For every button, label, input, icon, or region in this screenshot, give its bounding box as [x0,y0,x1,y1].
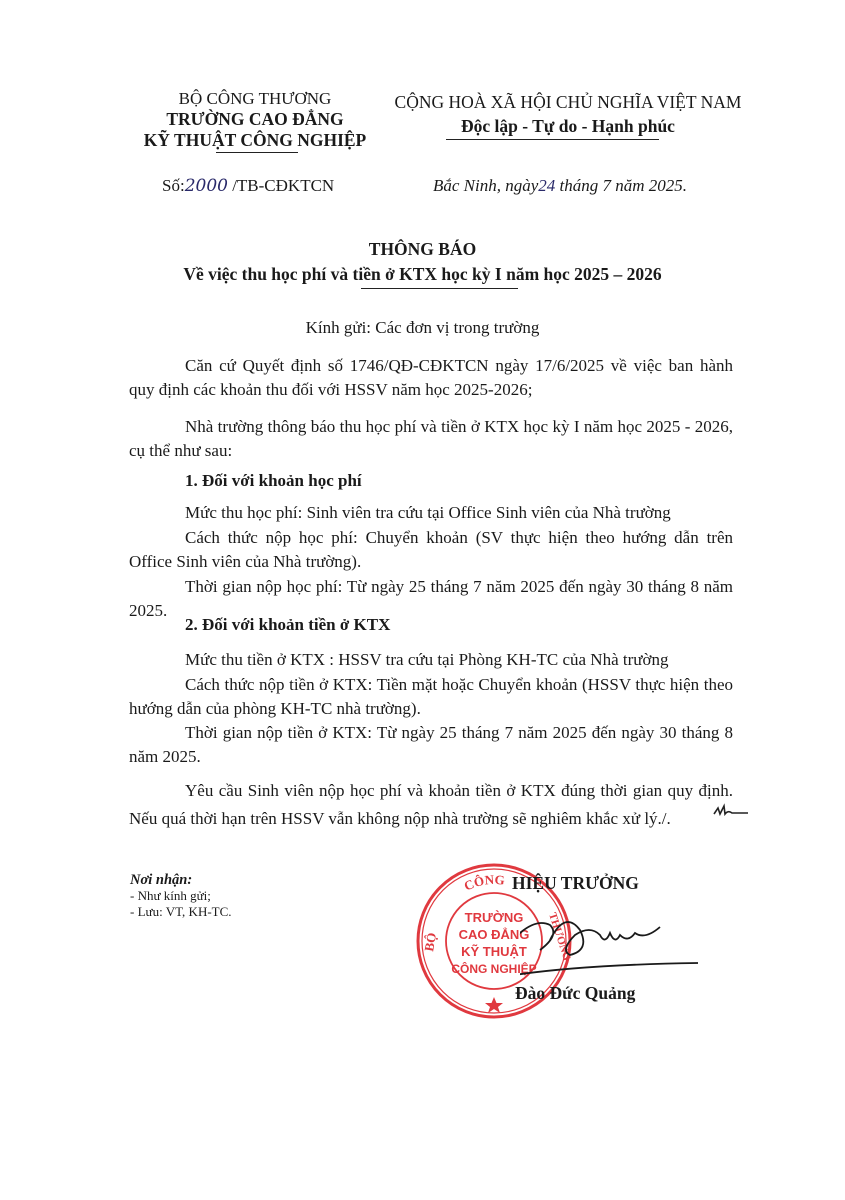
recipients-block: Nơi nhận: - Như kính gửi; - Lưu: VT, KH-… [130,872,232,920]
section-2-line-2: Cách thức nộp tiền ở KTX: Tiền mặt hoặc … [129,673,733,721]
intro-paragraph: Nhà trường thông báo thu học phí và tiền… [129,415,733,463]
basis-paragraph: Căn cứ Quyết định số 1746/QĐ-CĐKTCN ngày… [129,354,733,402]
section-1-line-1: Mức thu học phí: Sinh viên tra cứu tại O… [129,501,733,525]
document-number: Số:2000 /TB-CĐKTCN [162,176,334,196]
motto-underline [446,139,659,140]
svg-text:TRƯỜNG: TRƯỜNG [465,910,524,925]
recipient-item: - Lưu: VT, KH-TC. [130,904,232,920]
school-name-line2: KỸ THUẬT CÔNG NGHIỆP [120,130,390,151]
school-name-line1: TRƯỜNG CAO ĐẲNG [120,109,390,130]
recipient-item: - Như kính gửi; [130,888,232,904]
signer-position: HIỆU TRƯỞNG [512,873,639,894]
section-2-line-1: Mức thu tiền ở KTX : HSSV tra cứu tại Ph… [129,648,733,672]
section-1-line-2: Cách thức nộp học phí: Chuyển khoản (SV … [129,526,733,574]
section-2-line-3: Thời gian nộp tiền ở KTX: Từ ngày 25 thá… [129,721,733,769]
handwritten-day: 24 [538,176,555,195]
document-title: THÔNG BÁO Về việc thu học phí và tiền ở … [0,237,845,287]
nation-name: CỘNG HOÀ XÃ HỘI CHỦ NGHĨA VIỆT NAM [378,90,758,114]
document-date: Bắc Ninh, ngày24 tháng 7 năm 2025. [433,176,687,196]
addressee: Kính gửi: Các đơn vị trong trường [0,318,845,338]
ministry-name: BỘ CÔNG THƯƠNG [120,88,390,109]
issuer-underline [216,152,298,153]
section-2-heading: 2. Đối với khoản tiền ở KTX [185,615,390,635]
national-header: CỘNG HOÀ XÃ HỘI CHỦ NGHĨA VIỆT NAM Độc l… [378,90,758,138]
title-subject: Về việc thu học phí và tiền ở KTX học kỳ… [0,262,845,287]
title-underline [361,288,518,289]
closing-paragraph: Yêu cầu Sinh viên nộp học phí và khoản t… [129,777,733,833]
recipients-title: Nơi nhận: [130,872,232,888]
signature-icon [520,905,700,985]
svg-text:CAO ĐẲNG: CAO ĐẲNG [459,927,530,942]
national-motto: Độc lập - Tự do - Hạnh phúc [378,114,758,138]
signer-name: Đào Đức Quảng [515,983,635,1004]
title-main: THÔNG BÁO [0,237,845,262]
svg-text:CÔNG: CÔNG [462,872,506,894]
svg-text:KỸ THUẬT: KỸ THUẬT [461,944,527,959]
initial-mark-icon [712,800,750,824]
svg-text:BỘ: BỘ [421,931,439,952]
section-1-heading: 1. Đối với khoản học phí [185,471,362,491]
issuer-block: BỘ CÔNG THƯƠNG TRƯỜNG CAO ĐẲNG KỸ THUẬT … [120,88,390,151]
handwritten-number: 2000 [185,176,228,196]
